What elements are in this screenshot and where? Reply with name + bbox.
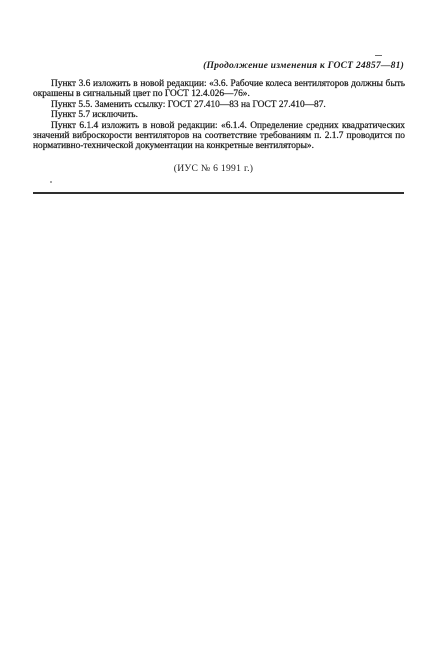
paragraph-punkt-5-5: Пункт 5.5. Заменить ссылку: ГОСТ 27.410—… [33,100,405,110]
paragraph-punkt-3-6: Пункт 3.6 изложить в новой редакции: «3.… [33,79,405,100]
paragraph-punkt-6-1-4: Пункт 6.1.4 изложить в новой редакции: «… [33,121,405,152]
footer-ius-note: (ИУС № 6 1991 г.) [0,163,427,174]
scan-artifact-dash [375,55,382,56]
paragraph-punkt-5-7: Пункт 5.7 исключить. [33,110,405,120]
document-body: Пункт 3.6 изложить в новой редакции: «3.… [33,79,405,152]
header-continuation-note: (Продолжение изменения к ГОСТ 24857—81) [203,60,404,71]
document-page: (Продолжение изменения к ГОСТ 24857—81) … [0,0,427,666]
scan-artifact-dot [50,181,52,183]
horizontal-rule [33,192,404,194]
